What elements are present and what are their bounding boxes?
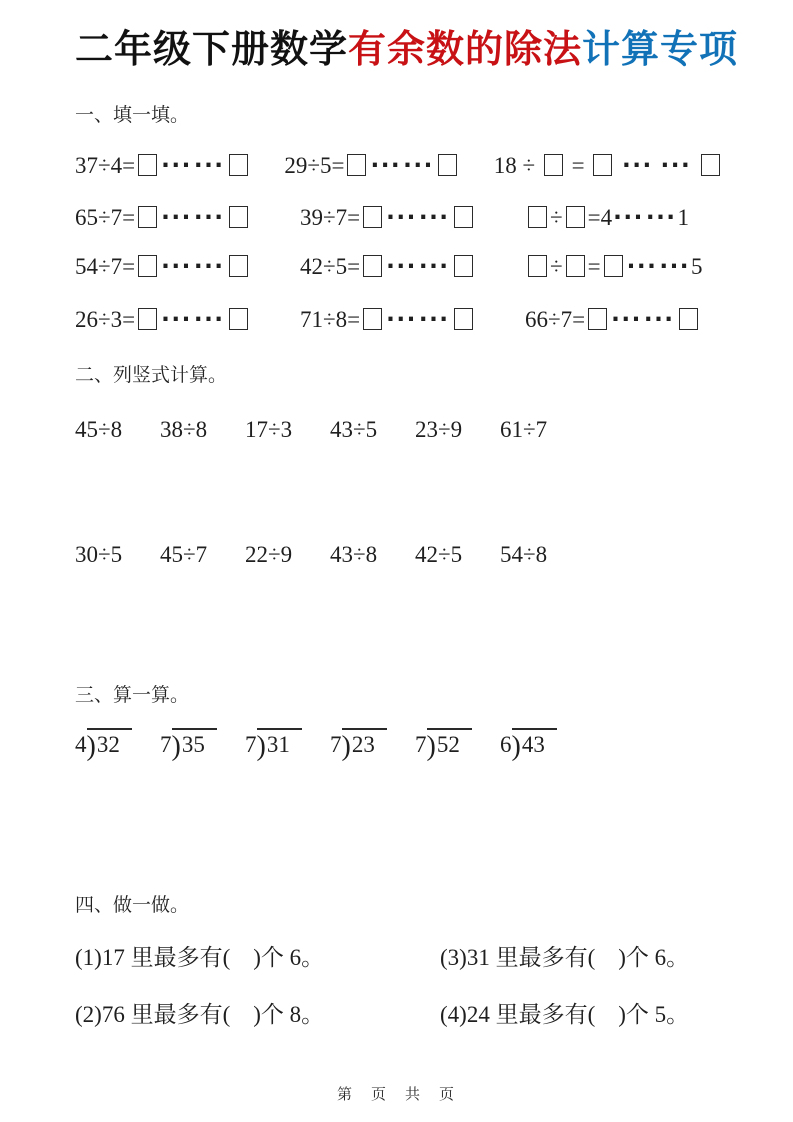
word-problem: (1)17 里最多有( )个 6。: [75, 942, 440, 974]
division-problem: 43÷8: [330, 539, 415, 571]
word-problem-row: (1)17 里最多有( )个 6。 (3)31 里最多有( )个 6。: [75, 942, 723, 974]
answer-box: [138, 308, 157, 330]
remainder-dots: ···: [661, 153, 692, 179]
dividend: 43: [521, 730, 545, 760]
dividend: 23: [351, 730, 375, 760]
answer-box: [593, 154, 612, 176]
answer-box: [138, 154, 157, 176]
dividend: 52: [436, 730, 460, 760]
remainder-dots: ···: [613, 205, 644, 231]
answer-box: [454, 308, 473, 330]
column-calc-row: 30÷5 45÷7 22÷9 43÷8 42÷5 54÷8: [75, 539, 723, 571]
remainder-dots: ···: [419, 205, 450, 231]
answer-box: [544, 154, 563, 176]
fill-equation: 26÷3=······: [75, 304, 300, 336]
remainder-dots: ···: [161, 153, 192, 179]
answer-box: [229, 255, 248, 277]
remainder-dots: ···: [194, 205, 225, 231]
long-division-problem: 4)32: [75, 722, 160, 761]
answer-box: [528, 206, 547, 228]
division-bracket-icon: ): [87, 733, 96, 761]
section-two-heading: 二、列竖式计算。: [75, 364, 723, 388]
fill-in-row: 54÷7=······ 42÷5=······ ÷=······5: [75, 251, 723, 283]
answer-box: [229, 154, 248, 176]
answer-box: [363, 255, 382, 277]
division-bracket-icon: ): [342, 733, 351, 761]
long-division-problem: 7)52: [415, 722, 500, 761]
answer-box: [138, 255, 157, 277]
remainder-dots: ···: [194, 307, 225, 333]
division-problem: 43÷5: [330, 414, 415, 446]
dividend: 35: [181, 730, 205, 760]
remainder-dots: ···: [386, 205, 417, 231]
division-problem: 45÷8: [75, 414, 160, 446]
remainder-dots: ···: [627, 254, 658, 280]
remainder-dots: ···: [194, 153, 225, 179]
fill-in-row: 26÷3=······ 71÷8=······ 66÷7=······: [75, 304, 723, 336]
section-four-heading: 四、做一做。: [75, 894, 723, 918]
division-problem: 22÷9: [245, 539, 330, 571]
remainder-dots: ···: [161, 205, 192, 231]
division-problem: 38÷8: [160, 414, 245, 446]
remainder-dots: ···: [386, 307, 417, 333]
division-bracket-icon: ): [257, 733, 266, 761]
divisor: 6: [500, 730, 512, 760]
remainder-dots: ···: [370, 153, 401, 179]
long-division-problem: 7)35: [160, 722, 245, 761]
division-bracket-icon: ): [427, 733, 436, 761]
answer-box: [363, 206, 382, 228]
fill-equation: 39÷7=······: [300, 202, 525, 234]
word-problem-row: (2)76 里最多有( )个 8。 (4)24 里最多有( )个 5。: [75, 999, 723, 1031]
divisor: 7: [245, 730, 257, 760]
division-problem: 30÷5: [75, 539, 160, 571]
fill-equation: ÷=4······1: [525, 202, 723, 234]
remainder-dots: ···: [386, 254, 417, 280]
division-problem: 42÷5: [415, 539, 500, 571]
answer-box: [438, 154, 457, 176]
answer-box: [229, 308, 248, 330]
answer-box: [566, 206, 585, 228]
long-division-row: 4)32 7)35 7)31 7)23 7)52 6)43: [75, 722, 723, 761]
division-problem: 17÷3: [245, 414, 330, 446]
answer-box: [229, 206, 248, 228]
remainder-dots: ···: [644, 307, 675, 333]
word-problem: (3)31 里最多有( )个 6。: [440, 942, 723, 974]
remainder-dots: ···: [419, 254, 450, 280]
fill-equation: 54÷7=······: [75, 251, 300, 283]
division-problem: 23÷9: [415, 414, 500, 446]
fill-equation: ÷=······5: [525, 251, 723, 283]
answer-box: [566, 255, 585, 277]
page-title: 二年级下册数学有余数的除法计算专项: [75, 26, 723, 74]
answer-box: [701, 154, 720, 176]
remainder-dots: ···: [659, 254, 690, 280]
fill-equation: 66÷7=······: [525, 304, 723, 336]
long-division-problem: 6)43: [500, 722, 585, 761]
division-problem: 45÷7: [160, 539, 245, 571]
page-footer-label: 第 页 共 页: [0, 1083, 793, 1104]
divisor: 7: [160, 730, 172, 760]
division-bracket-icon: ): [172, 733, 181, 761]
dividend: 32: [96, 730, 120, 760]
answer-box: [138, 206, 157, 228]
divisor: 7: [330, 730, 342, 760]
section-three-heading: 三、算一算。: [75, 684, 723, 708]
remainder-dots: ···: [161, 307, 192, 333]
answer-box: [347, 154, 366, 176]
divisor: 4: [75, 730, 87, 760]
remainder-dots: ···: [622, 153, 653, 179]
section-one-heading: 一、填一填。: [75, 104, 723, 128]
divisor: 7: [415, 730, 427, 760]
worksheet-page: 二年级下册数学有余数的除法计算专项 一、填一填。 37÷4=······ 29÷…: [0, 0, 793, 1122]
division-problem: 54÷8: [500, 539, 585, 571]
long-division-problem: 7)31: [245, 722, 330, 761]
division-bracket-icon: ): [512, 733, 521, 761]
remainder-dots: ···: [161, 254, 192, 280]
division-problem: 61÷7: [500, 414, 585, 446]
fill-in-row: 37÷4=······ 29÷5=······ 18 ÷ = ··· ···: [75, 150, 723, 182]
title-part-blue: 计算专项: [582, 29, 738, 71]
word-problem: (2)76 里最多有( )个 8。: [75, 999, 440, 1031]
fill-equation: 42÷5=······: [300, 251, 525, 283]
remainder-dots: ···: [419, 307, 450, 333]
fill-equation: 65÷7=······: [75, 202, 300, 234]
remainder-dots: ···: [611, 307, 642, 333]
word-problem: (4)24 里最多有( )个 5。: [440, 999, 723, 1031]
remainder-dots: ···: [194, 254, 225, 280]
remainder-dots: ···: [403, 153, 434, 179]
answer-box: [363, 308, 382, 330]
answer-box: [679, 308, 698, 330]
answer-box: [528, 255, 547, 277]
answer-box: [588, 308, 607, 330]
dividend: 31: [266, 730, 290, 760]
remainder-dots: ···: [646, 205, 677, 231]
long-division-problem: 7)23: [330, 722, 415, 761]
answer-box: [454, 255, 473, 277]
column-calc-row: 45÷8 38÷8 17÷3 43÷5 23÷9 61÷7: [75, 414, 723, 446]
fill-equation: 71÷8=······: [300, 304, 525, 336]
fill-equation: 29÷5=······: [284, 150, 493, 182]
answer-box: [604, 255, 623, 277]
title-part-red: 有余数的除法: [348, 29, 582, 71]
title-part-black: 二年级下册数学: [75, 29, 348, 71]
fill-equation: 18 ÷ = ··· ···: [494, 150, 723, 182]
fill-equation: 37÷4=······: [75, 150, 284, 182]
answer-box: [454, 206, 473, 228]
fill-in-row: 65÷7=······ 39÷7=······ ÷=4······1: [75, 202, 723, 234]
